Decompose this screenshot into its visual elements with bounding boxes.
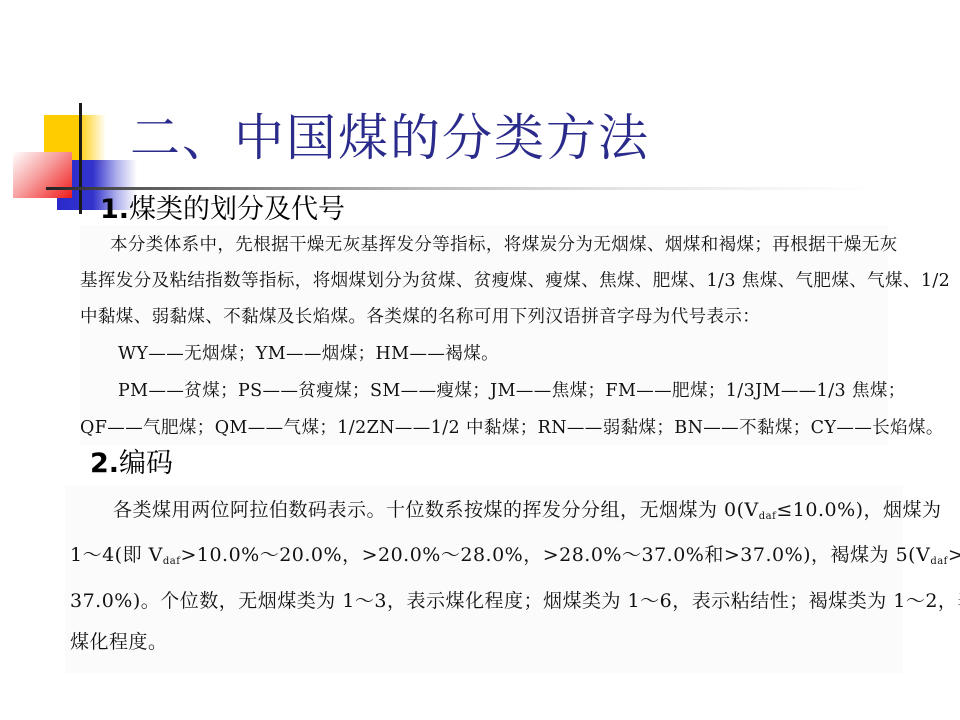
section-title: 煤类的划分及代号 [129, 194, 345, 225]
text-line: 中黏煤、弱黏煤、不黏煤及长焰煤。各类煤的名称可用下列汉语拼音字母为代号表示： [80, 303, 760, 328]
text-segment: >10.0%～20.0%，>20.0%～28.0%，>28.0%～37.0%和>… [180, 544, 930, 566]
scanned-text-image-classification: 本分类体系中，先根据干燥无灰基挥发分等指标，将煤炭分为无烟煤、烟煤和褐煤；再根据… [80, 225, 888, 445]
title-underline [46, 187, 876, 190]
section-heading-2: 2.编码 [90, 448, 173, 480]
scanned-text-image-coding: 各类煤用两位阿拉伯数码表示。十位数系按煤的挥发分分组，无烟煤为 0(Vdaf≤1… [65, 485, 903, 673]
section-title: 编码 [119, 448, 173, 479]
text-line: 各类煤用两位阿拉伯数码表示。十位数系按煤的挥发分分组，无烟煤为 0(Vdaf≤1… [113, 495, 942, 522]
subscript: daf [930, 556, 948, 567]
text-line: 37.0%)。个位数，无烟煤类为 1～3，表示煤化程度；烟煤类为 1～6，表示粘… [70, 586, 960, 613]
section-number: 1. [100, 194, 129, 225]
decor-vertical-line [79, 103, 82, 214]
text-line: PM——贫煤；PS——贫瘦煤；SM——瘦煤；JM——焦煤；FM——肥煤；1/3J… [118, 377, 906, 402]
text-segment: > [948, 544, 960, 566]
section-heading-1: 1.煤类的划分及代号 [100, 194, 345, 226]
text-segment: ≤10.0%)，烟煤为 [776, 499, 941, 521]
decor-red-square [13, 152, 72, 198]
text-line: 基挥发分及粘结指数等指标，将烟煤划分为贫煤、贫瘦煤、瘦煤、焦煤、肥煤、1/3 焦… [80, 267, 950, 292]
text-line: 本分类体系中，先根据干燥无灰基挥发分等指标，将煤炭分为无烟煤、烟煤和褐煤；再根据… [110, 231, 898, 256]
text-line: 煤化程度。 [70, 627, 168, 654]
text-line: QF——气肥煤；QM——气煤；1/2ZN——1/2 中黏煤；RN——弱黏煤；BN… [80, 414, 944, 439]
text-segment: 各类煤用两位阿拉伯数码表示。十位数系按煤的挥发分分组，无烟煤为 0(V [113, 499, 759, 521]
subscript: daf [163, 556, 181, 567]
subscript: daf [759, 511, 777, 522]
text-line: 1～4(即 Vdaf>10.0%～20.0%，>20.0%～28.0%，>28.… [70, 540, 960, 567]
text-line: WY——无烟煤；YM——烟煤；HM——褐煤。 [118, 340, 499, 365]
section-number: 2. [90, 448, 119, 479]
text-segment: 1～4(即 V [70, 544, 163, 566]
slide-title: 二、中国煤的分类方法 [130, 108, 650, 168]
